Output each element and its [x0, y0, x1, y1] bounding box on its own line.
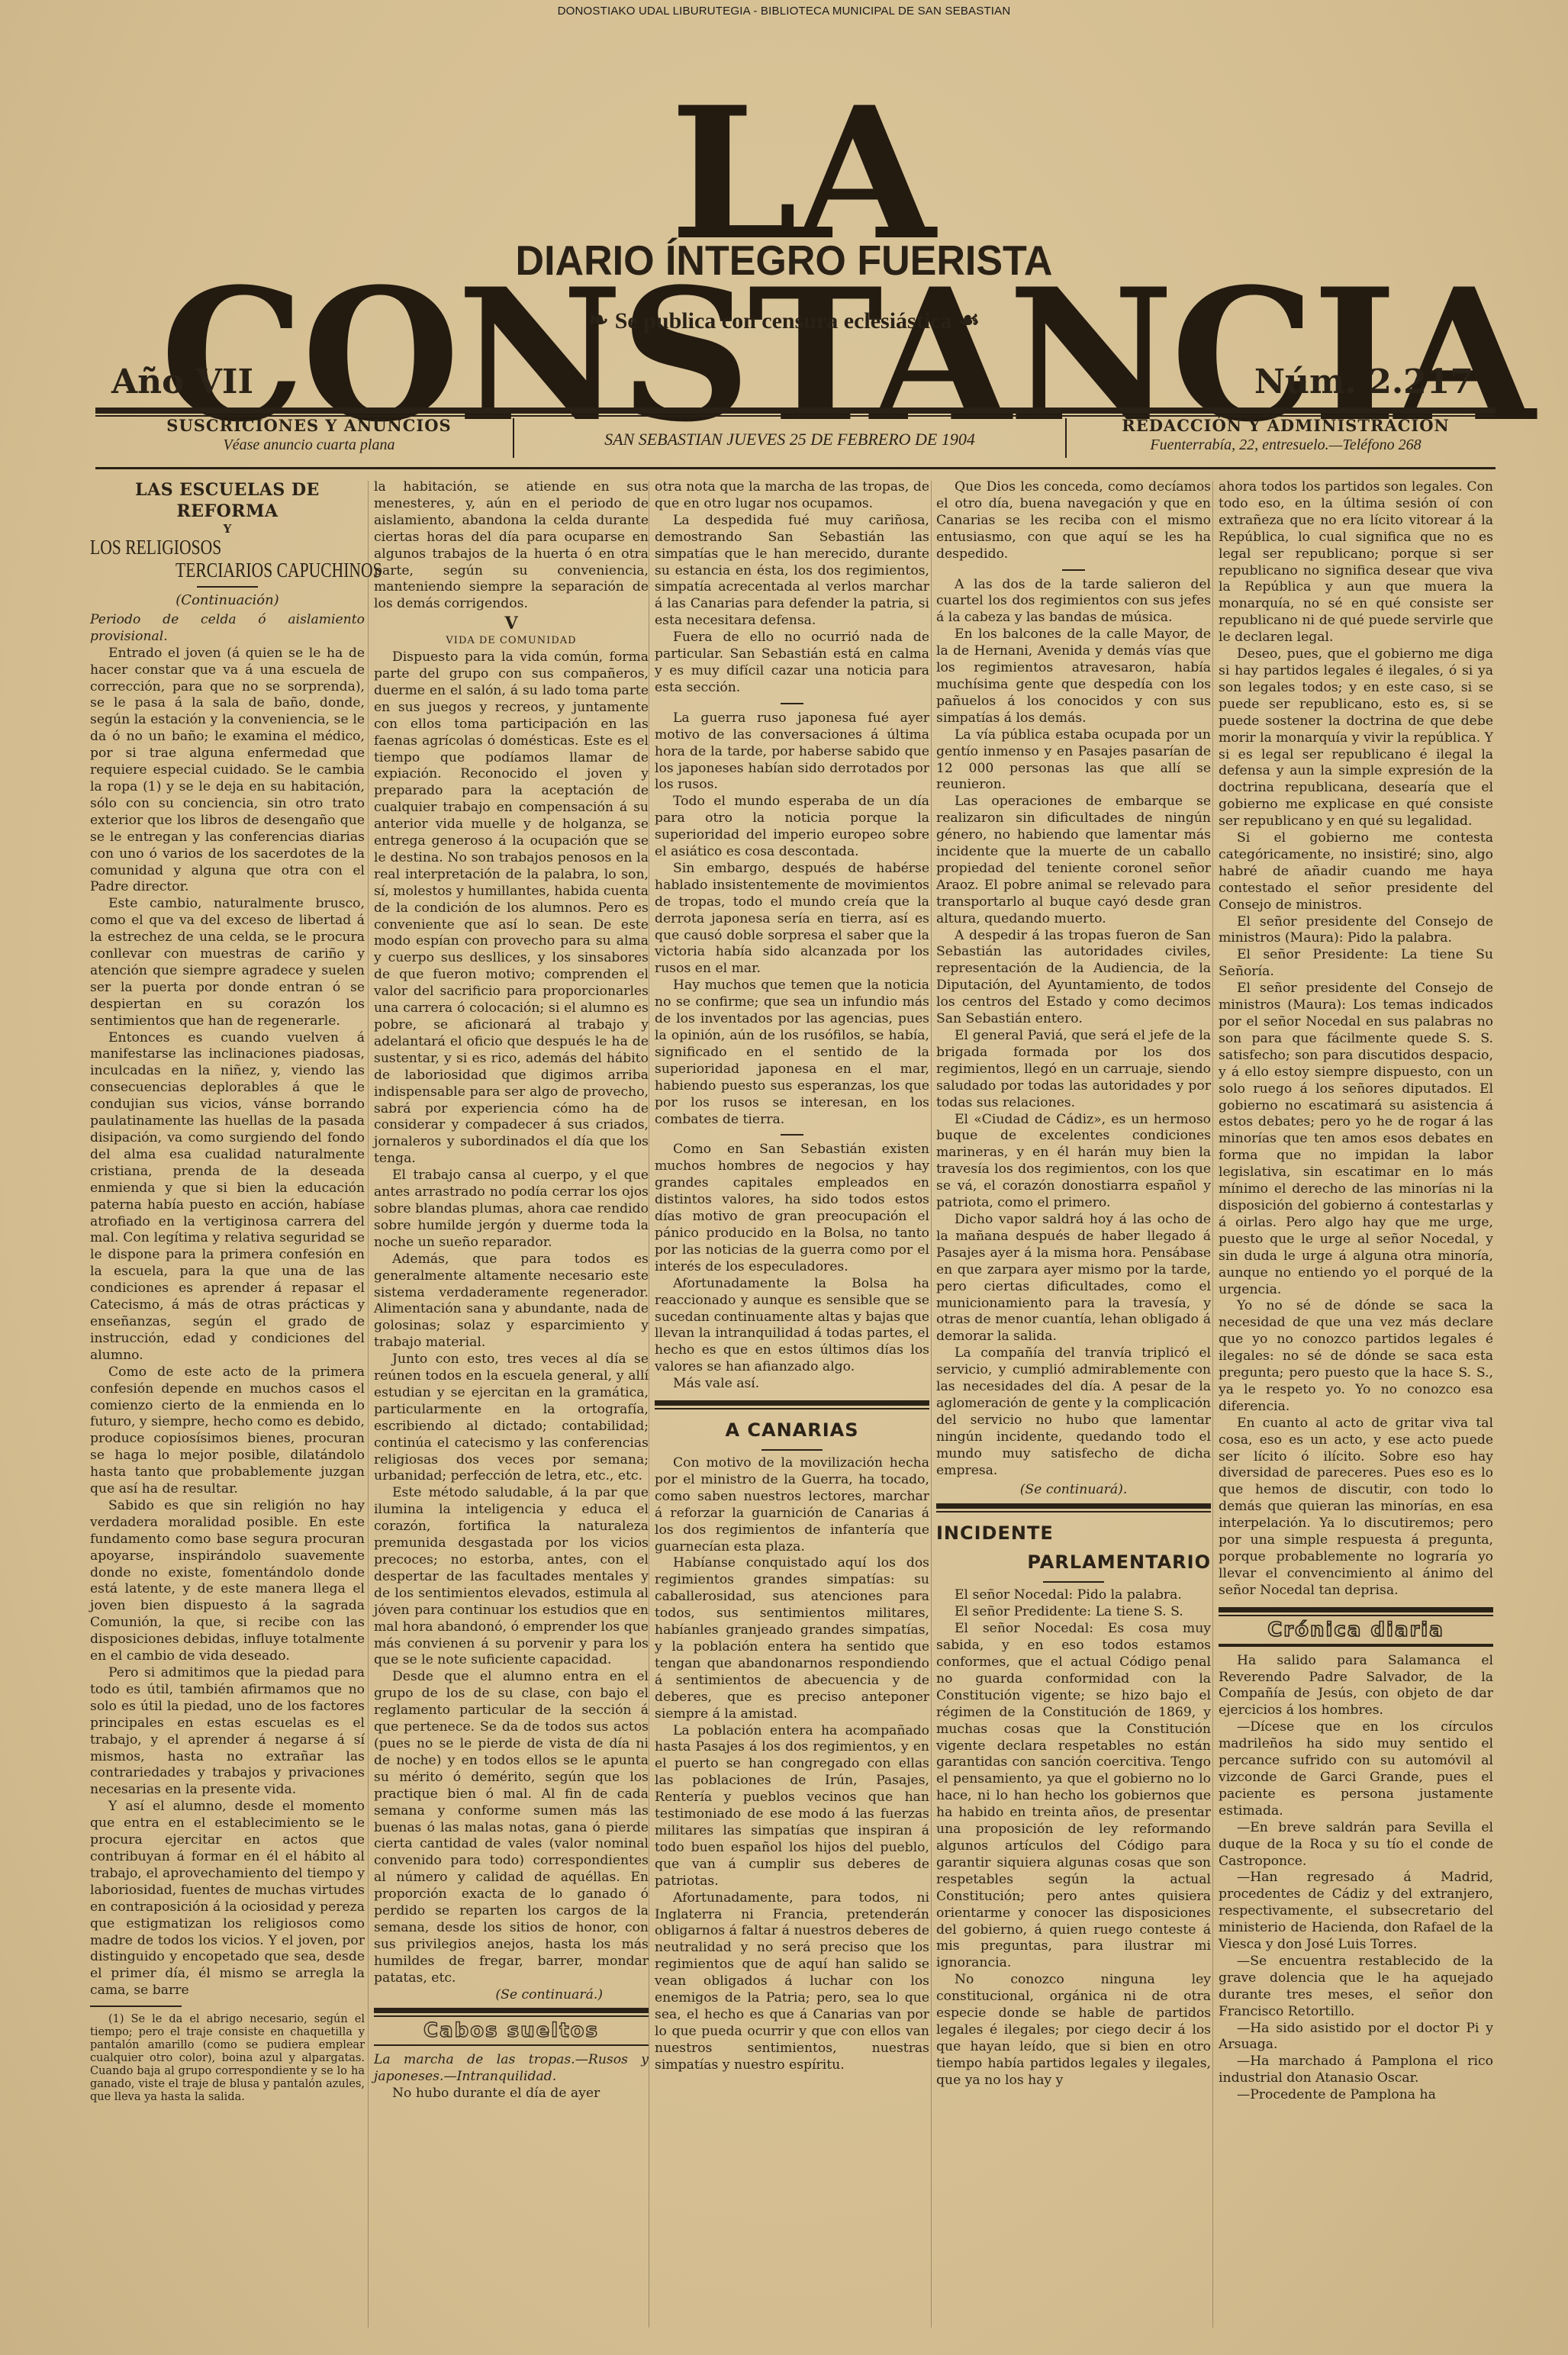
paragraph: —Dícese que en los círculos madrileños h… — [1219, 1719, 1493, 1819]
paragraph: El señor Predidente: La tiene S. S. — [936, 1604, 1211, 1621]
paragraph: Este método saludable, á la par que ilum… — [374, 1485, 649, 1669]
ornament-right-icon: ☙ — [958, 306, 980, 333]
paragraph: A las dos de la tarde salieron del cuart… — [936, 577, 1211, 627]
continuation-note: (Continuación) — [90, 592, 365, 609]
paragraph: Yo no sé de dónde se saca la necesidad d… — [1219, 1298, 1493, 1415]
section-rule-thin — [374, 2015, 649, 2017]
paragraph: —Ha sido asistido por el doctor Pi y Ars… — [1219, 2021, 1493, 2054]
paragraph: —Han regresado á Madrid, procedentes de … — [1219, 1870, 1493, 1954]
paragraph: Si el gobierno me contesta categóricamen… — [1219, 830, 1493, 914]
paragraph: Y así el alumno, desde el momento que en… — [90, 1799, 365, 1999]
paragraph: No conozco ninguna ley constitucional, o… — [936, 1972, 1211, 2089]
paragraph: Como de este acto de la primera confesió… — [90, 1364, 365, 1498]
section-rule-thin — [1219, 1615, 1493, 1616]
separator-dash — [1062, 569, 1085, 571]
section-rule-thin — [374, 2044, 649, 2046]
paragraph: Sin embargo, después de habérse hablado … — [655, 861, 929, 978]
paragraph: El «Ciudad de Cádiz», es un hermoso buqu… — [936, 1112, 1211, 1212]
article-heading-religiosos: LOS RELIGIOSOS — [90, 536, 310, 559]
separator-dash — [781, 1134, 803, 1136]
incidente-heading-1: INCIDENTE — [936, 1519, 1211, 1548]
heading-rule — [761, 1449, 823, 1451]
info-center: SAN SEBASTIAN JUEVES 25 DE FEBRERO DE 19… — [519, 416, 1061, 462]
paragraph: El señor presidente del Consejo de minis… — [1219, 981, 1493, 1298]
a-canarias-heading: A CANARIAS — [655, 1416, 929, 1445]
article-heading-escuelas: LAS ESCUELAS DE REFORMA — [90, 479, 365, 522]
column-divider — [649, 481, 649, 2328]
ornament-left-icon: ❧ — [588, 306, 609, 333]
footnote-rule — [90, 2005, 182, 2007]
column-divider — [1212, 481, 1213, 2328]
archive-header: DONOSTIAKO UDAL LIBURUTEGIA - BIBLIOTECA… — [0, 5, 1568, 18]
paragraph: Sabido es que sin religión no hay verdad… — [90, 1498, 365, 1665]
separator-dash — [781, 703, 803, 704]
censura-text: Se publica con censura eclesiástica — [615, 308, 952, 333]
paragraph: Todo el mundo esperaba de un día para ot… — [655, 794, 929, 861]
section-rule — [936, 1503, 1211, 1509]
column-3: otra nota que la marcha de las tropas, d… — [655, 479, 929, 2074]
column-2: la habitación, se atiende en sus meneste… — [374, 479, 649, 2102]
article-heading-terciarios: TERCIARIOS CAPUCHINOS — [175, 559, 327, 582]
section-number: V — [374, 616, 649, 633]
paragraph: Afortunadamente, para todos, ni Inglater… — [655, 1890, 929, 2074]
info-left: SUSCRICIONES Y ANUNCIOS Véase anuncio cu… — [95, 416, 523, 462]
section-rule-thin — [936, 1511, 1211, 1513]
paragraph: Desde que el alumno entra en el grupo de… — [374, 1669, 649, 1986]
heading-rule — [1043, 1581, 1104, 1583]
column-divider — [368, 481, 369, 2328]
paragraph: Las operaciones de embarque se realizaro… — [936, 794, 1211, 927]
year-label: Año VII — [111, 362, 253, 401]
paragraph: Más vale así. — [655, 1376, 929, 1393]
incidente-heading-2: PARLAMENTARIO — [936, 1548, 1211, 1577]
section-rule — [1219, 1607, 1493, 1612]
paragraph: La compañía del tranvía triplicó el serv… — [936, 1345, 1211, 1479]
cabos-subhead: La marcha de las tropas.—Rusos y japones… — [374, 2052, 649, 2086]
info-divider-2 — [1065, 418, 1067, 458]
paragraph: Además, que para todos es generalmente a… — [374, 1252, 649, 1351]
paragraph: otra nota que la marcha de las tropas, d… — [655, 479, 929, 513]
heading-rule — [197, 586, 258, 588]
masthead-subtitle: DIARIO ÍNTEGRO FUERISTA — [0, 237, 1568, 285]
column-5: ahora todos los partidos son legales. Co… — [1219, 479, 1493, 2104]
editorial-heading: REDACCIÓN Y ADMINISTRACION — [1072, 416, 1499, 435]
paragraph: Dicho vapor saldrá hoy á las ocho de la … — [936, 1212, 1211, 1345]
subscriptions-heading: SUSCRICIONES Y ANUNCIOS — [95, 416, 523, 435]
paragraph: Afortunadamente la Bolsa ha reaccionado … — [655, 1276, 929, 1376]
subscriptions-note: Véase anuncio cuarta plana — [95, 437, 523, 454]
paragraph: El señor Nocedal: Pido la palabra. — [936, 1587, 1211, 1604]
paragraph: —En breve saldrán para Sevilla el duque … — [1219, 1820, 1493, 1870]
paragraph: Dispuesto para la vida común, forma part… — [374, 649, 649, 1168]
paragraph: Este cambio, naturalmente brusco, como e… — [90, 896, 365, 1029]
paragraph: La guerra ruso japonesa fué ayer motivo … — [655, 710, 929, 794]
section-rule-thin — [655, 1408, 929, 1409]
paragraph: Que Dios les conceda, como decíamos el o… — [936, 479, 1211, 563]
paragraph: El trabajo cansa al cuerpo, y el que ant… — [374, 1168, 649, 1252]
continued-note: (Se continuará.) — [374, 1987, 649, 2004]
paragraph: la habitación, se atiende en sus meneste… — [374, 479, 649, 613]
paragraph: En los balcones de la calle Mayor, de la… — [936, 627, 1211, 726]
paragraph: En cuanto al acto de gritar viva tal cos… — [1219, 1416, 1493, 1600]
footnote: (1) Se le da el abrigo necesario, según … — [90, 2013, 365, 2104]
info-right: REDACCIÓN Y ADMINISTRACION Fuenterrabía,… — [1072, 416, 1499, 462]
section-rule — [655, 1400, 929, 1406]
paragraph: ahora todos los partidos son legales. Co… — [1219, 479, 1493, 646]
masthead-rule-bottom — [95, 467, 1496, 469]
column-1: LAS ESCUELAS DE REFORMA Y LOS RELIGIOSOS… — [90, 479, 365, 2104]
paragraph: —Ha marchado á Pamplona el rico industri… — [1219, 2054, 1493, 2087]
info-divider-1 — [513, 418, 514, 458]
issue-date: SAN SEBASTIAN JUEVES 25 DE FEBRERO DE 19… — [519, 416, 1061, 449]
paragraph: La población entera ha acompañado hasta … — [655, 1723, 929, 1890]
section-title: VIDA DE COMUNIDAD — [374, 633, 649, 649]
cronica-diaria-heading: Crónica diaria — [1219, 1622, 1493, 1639]
editorial-address: Fuenterrabía, 22, entresuelo.—Teléfono 2… — [1072, 437, 1499, 454]
paragraph: El señor presidente del Consejo de minis… — [1219, 914, 1493, 948]
cabos-sueltos-heading: Cabos sueltos — [374, 2023, 649, 2040]
paragraph: El general Paviá, que será el jefe de la… — [936, 1028, 1211, 1112]
paragraph: Con motivo de la movilización hecha por … — [655, 1455, 929, 1555]
article-heading-y: Y — [90, 522, 365, 536]
paragraph: Hay muchos que temen que la noticia no s… — [655, 978, 929, 1128]
paragraph: Entrado el joven (á quien se le ha de ha… — [90, 646, 365, 897]
paragraph: Como en San Sebastián existen muchos hom… — [655, 1142, 929, 1275]
paragraph: Deseo, pues, que el gobierno me diga si … — [1219, 646, 1493, 830]
paragraph: Junto con esto, tres veces al día se reú… — [374, 1351, 649, 1485]
paragraph: El señor Presidente: La tiene Su Señoría… — [1219, 947, 1493, 981]
section-rule — [374, 2008, 649, 2013]
paragraph: —Se encuentra restablecido de la grave d… — [1219, 1954, 1493, 2021]
paragraph: La despedida fué muy cariñosa, demostran… — [655, 513, 929, 630]
paragraph: Entonces es cuando vuelven á manifestars… — [90, 1030, 365, 1364]
paragraph: No hubo durante el día de ayer — [374, 2086, 649, 2102]
masthead-rule-top — [95, 408, 1496, 414]
paragraph: Pero si admitimos que la piedad para tod… — [90, 1665, 365, 1799]
column-4: Que Dios les conceda, como decíamos el o… — [936, 479, 1211, 2089]
paragraph: Fuera de ello no ocurrió nada de particu… — [655, 630, 929, 697]
censura-line: ❧Se publica con censura eclesiástica☙ — [0, 305, 1568, 334]
paragraph: Ha salido para Salamanca el Reverendo Pa… — [1219, 1653, 1493, 1720]
paragraph: Habíanse conquistado aquí los dos regimi… — [655, 1555, 929, 1722]
column-divider — [931, 481, 932, 2328]
section-rule-thin — [1219, 1644, 1493, 1647]
issue-number: Núm. 2.217 — [1254, 362, 1473, 401]
continued-note: (Se continuará). — [936, 1482, 1211, 1499]
article-subhead: Periodo de celda ó aislamiento provision… — [90, 612, 365, 646]
paragraph: A despedir á las tropas fueron de San Se… — [936, 928, 1211, 1028]
paragraph: —Procedente de Pamplona ha — [1219, 2087, 1493, 2104]
paragraph: El señor Nocedal: Es cosa muy sabida, y … — [936, 1621, 1211, 1972]
paragraph: La vía pública estaba ocupada por un gen… — [936, 727, 1211, 794]
